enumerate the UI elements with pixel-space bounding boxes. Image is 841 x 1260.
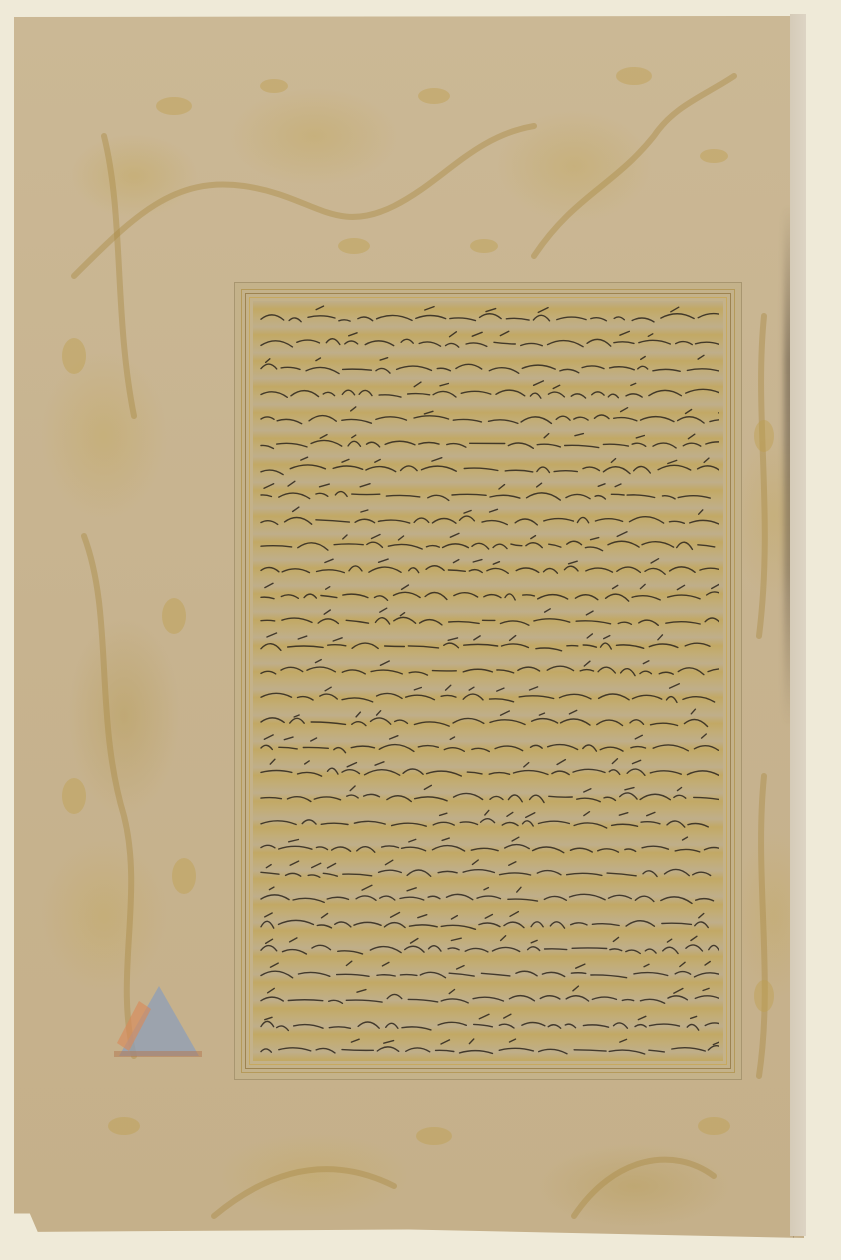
calligraphy-line (257, 328, 719, 352)
catalog-number (114, 61, 174, 73)
calligraphy-line (257, 909, 719, 933)
pigment-patch (109, 981, 204, 1061)
calligraphy-line (257, 1035, 719, 1059)
calligraphy-line (257, 606, 719, 630)
calligraphy-line (257, 682, 719, 706)
calligraphy-line (257, 353, 719, 377)
calligraphy-line (257, 707, 719, 731)
calligraphy-line (257, 883, 719, 907)
page-stage (0, 0, 841, 1260)
calligraphy-line (257, 1010, 719, 1034)
calligraphy-line (257, 429, 719, 453)
calligraphy-line (257, 757, 719, 781)
calligraphy-line (257, 656, 719, 680)
calligraphy-line (257, 858, 719, 882)
calligraphy-line (257, 581, 719, 605)
calligraphy-line (257, 984, 719, 1008)
calligraphy-line (257, 454, 719, 478)
text-lines (257, 303, 719, 1059)
calligraphy-line (257, 555, 719, 579)
calligraphy-text-block (253, 301, 723, 1061)
calligraphy-line (257, 404, 719, 428)
calligraphy-line (257, 782, 719, 806)
calligraphy-line (257, 808, 719, 832)
text-panel (234, 282, 742, 1080)
calligraphy-line (257, 505, 719, 529)
calligraphy-line (257, 631, 719, 655)
calligraphy-line (257, 833, 719, 857)
calligraphy-line (257, 379, 719, 403)
folio-edge-strip (790, 14, 806, 1236)
calligraphy-line (257, 934, 719, 958)
calligraphy-line (257, 480, 719, 504)
calligraphy-line (257, 959, 719, 983)
calligraphy-line (257, 530, 719, 554)
calligraphy-line (257, 303, 719, 327)
calligraphy-line (257, 732, 719, 756)
